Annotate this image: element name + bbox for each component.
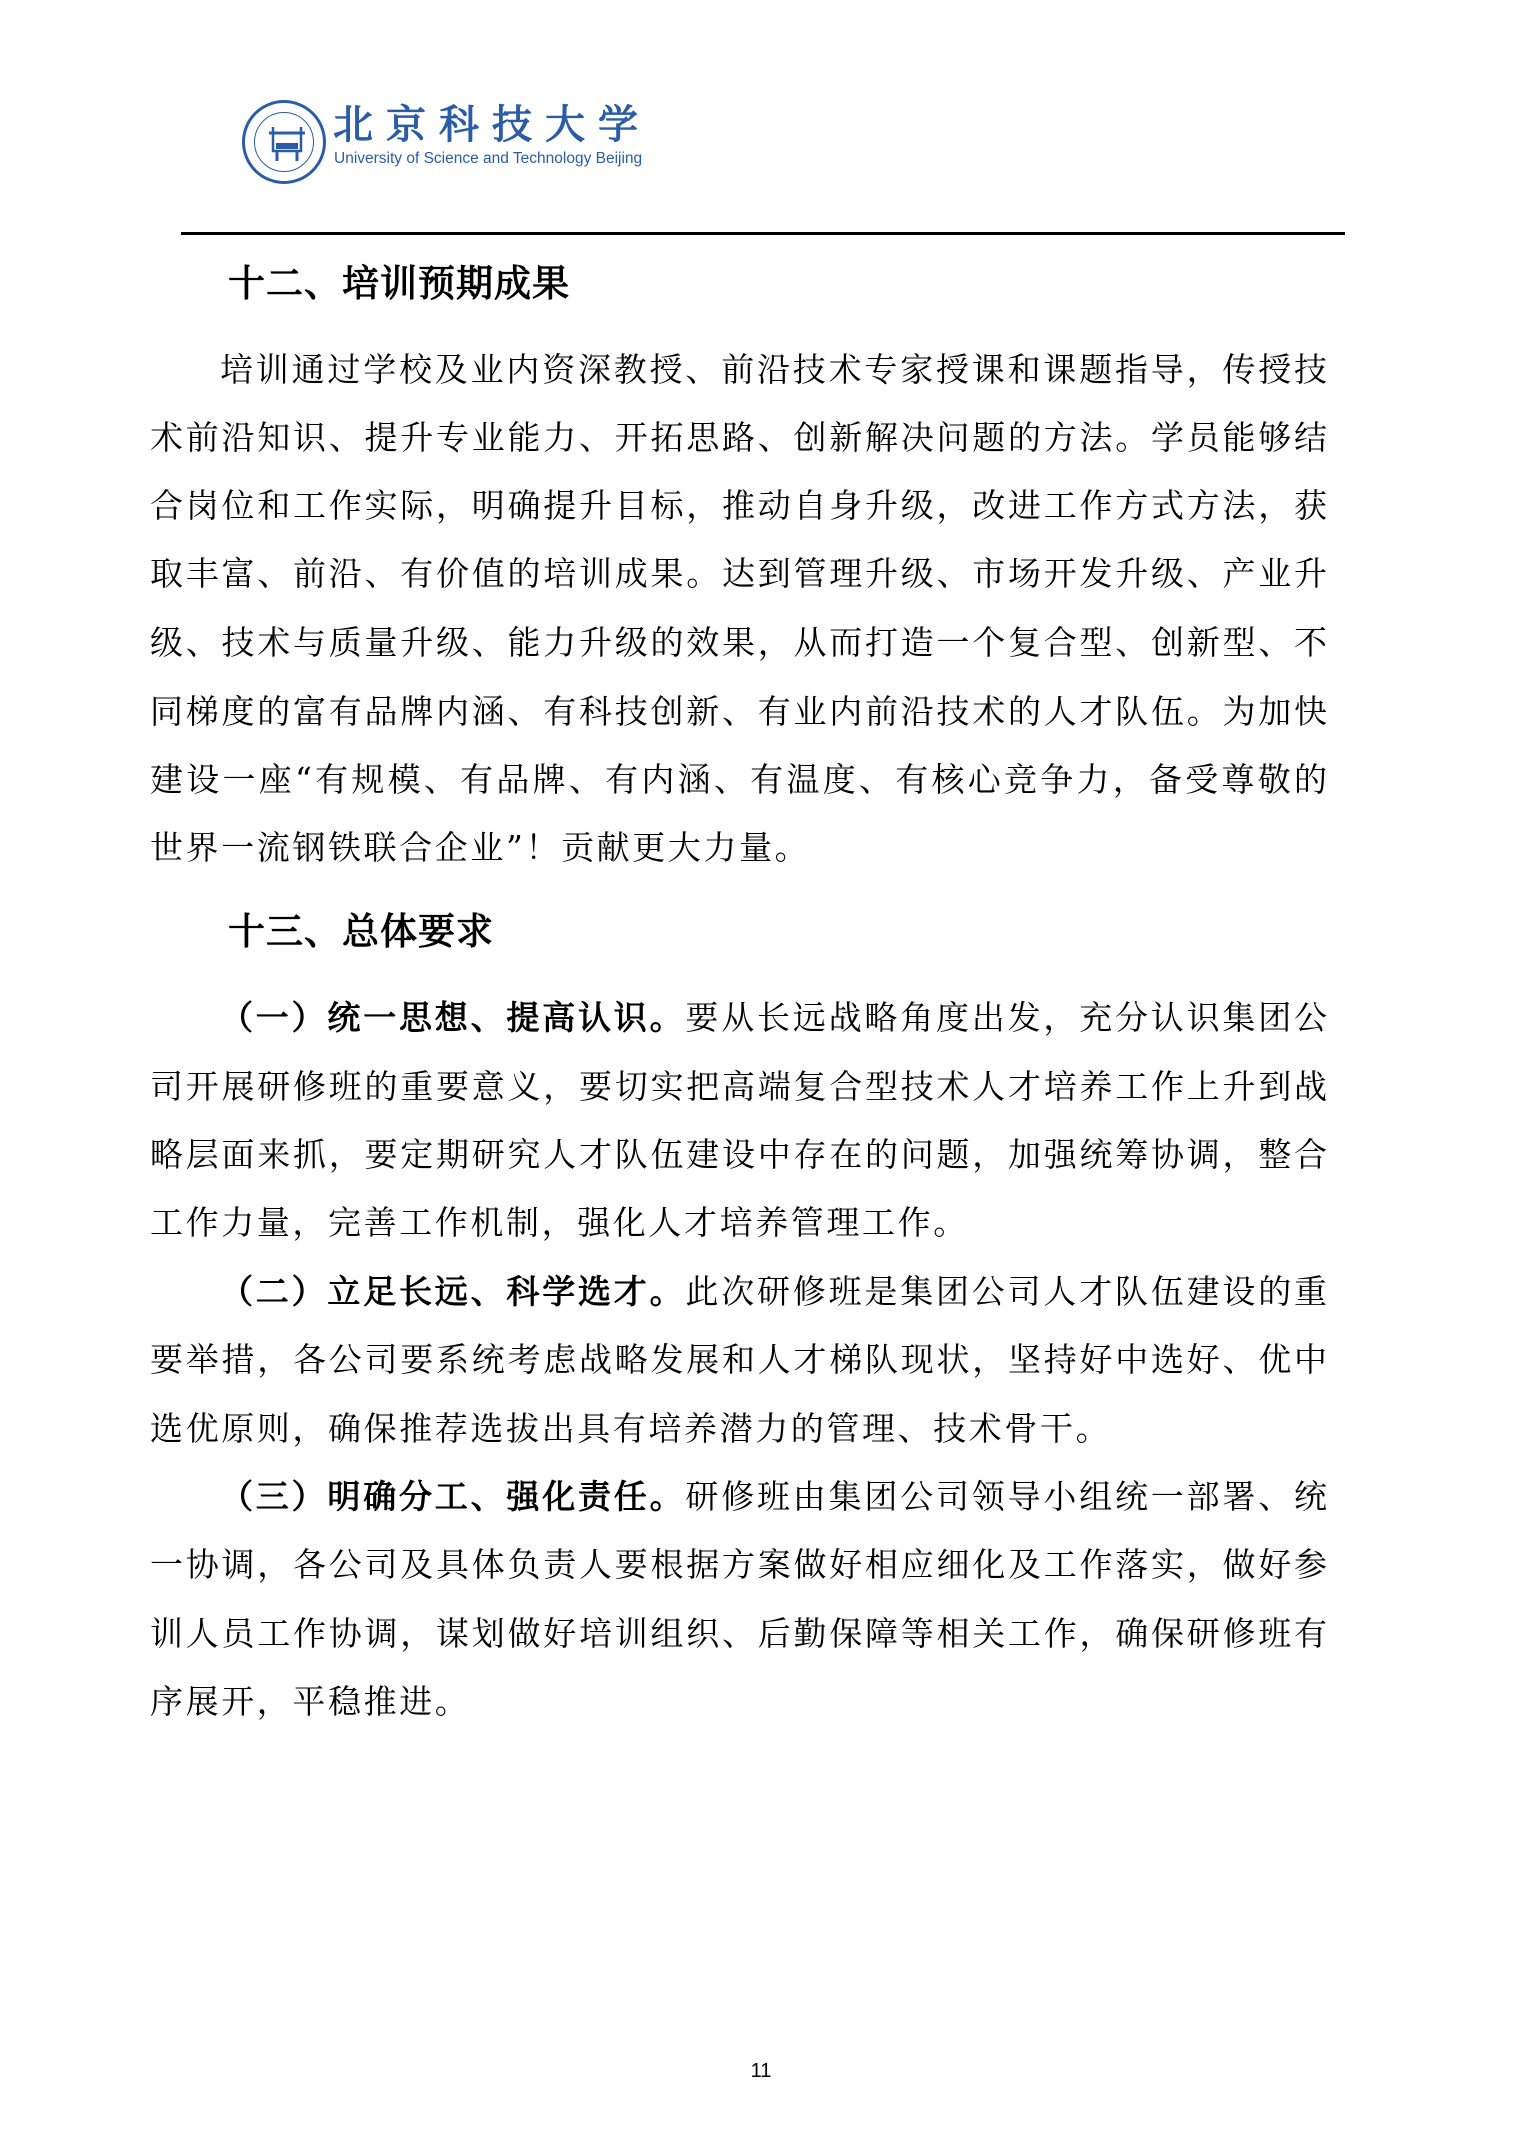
requirement-item-2-first-line: （二）立足长远、科学选才。此次研修班是集团公司人才队伍建设的重 bbox=[220, 1270, 1327, 1314]
page-number: 11 bbox=[0, 2060, 1522, 2083]
header-rule bbox=[181, 232, 1345, 235]
requirement-item-1-first-line: （一）统一思想、提高认识。要从长远战略角度出发，充分认识集团公 bbox=[220, 996, 1327, 1040]
logo-chinese-name: 北京科技大学 bbox=[333, 102, 651, 148]
requirement-item-1-title: （一）统一思想、提高认识。 bbox=[220, 998, 685, 1037]
paragraph-line: 一协调，各公司及具体负责人要根据方案做好相应细化及工作落实，做好参 bbox=[150, 1543, 1327, 1587]
paragraph-line: 训人员工作协调，谋划做好培训组织、后勤保障等相关工作，确保研修班有 bbox=[150, 1612, 1327, 1656]
requirement-item-3-first-line: （三）明确分工、强化责任。研修班由集团公司领导小组统一部署、统 bbox=[220, 1475, 1327, 1519]
paragraph-line: 工作力量，完善工作机制，强化人才培养管理工作。 bbox=[150, 1201, 1327, 1245]
paragraph-line: 级、技术与质量升级、能力升级的效果，从而打造一个复合型、创新型、不 bbox=[150, 621, 1327, 665]
paragraph-line: 略层面来抓，要定期研究人才队伍建设中存在的问题，加强统筹协调，整合 bbox=[150, 1133, 1327, 1177]
requirement-item-3-title: （三）明确分工、强化责任。 bbox=[220, 1477, 685, 1516]
paragraph-line: 培训通过学校及业内资深教授、前沿技术专家授课和课题指导，传授技 bbox=[220, 348, 1327, 392]
paragraph-line: 建设一座“有规模、有品牌、有内涵、有温度、有核心竞争力，备受尊敬的 bbox=[150, 758, 1327, 802]
section-13-heading: 十三、总体要求 bbox=[228, 910, 494, 954]
university-logo: 北京科技大学 University of Science and Technol… bbox=[240, 98, 640, 190]
logo-english-name: University of Science and Technology Bei… bbox=[334, 150, 642, 168]
paragraph-line: 选优原则，确保推荐选拔出具有培养潜力的管理、技术骨干。 bbox=[150, 1407, 1327, 1451]
paragraph-line: 合岗位和工作实际，明确提升目标，推动自身升级，改进工作方式方法，获 bbox=[150, 484, 1327, 528]
paragraph-line: 序展开，平稳推进。 bbox=[150, 1680, 1327, 1724]
paragraph-line: 世界一流钢铁联合企业”！贡献更大力量。 bbox=[150, 826, 1327, 870]
paragraph-line: 司开展研修班的重要意义，要切实把高端复合型技术人才培养工作上升到战 bbox=[150, 1065, 1327, 1109]
paragraph-line: 同梯度的富有品牌内涵、有科技创新、有业内前沿技术的人才队伍。为加快 bbox=[150, 690, 1327, 734]
university-seal-icon bbox=[242, 100, 326, 184]
section-12-heading: 十二、培训预期成果 bbox=[228, 262, 570, 306]
requirement-item-2-title: （二）立足长远、科学选才。 bbox=[220, 1272, 685, 1311]
paragraph-line: 取丰富、前沿、有价值的培训成果。达到管理升级、市场开发升级、产业升 bbox=[150, 552, 1327, 596]
paragraph-line: 要举措，各公司要系统考虑战略发展和人才梯队现状，坚持好中选好、优中 bbox=[150, 1338, 1327, 1382]
paragraph-line: 术前沿知识、提升专业能力、开拓思路、创新解决问题的方法。学员能够结 bbox=[150, 416, 1327, 460]
